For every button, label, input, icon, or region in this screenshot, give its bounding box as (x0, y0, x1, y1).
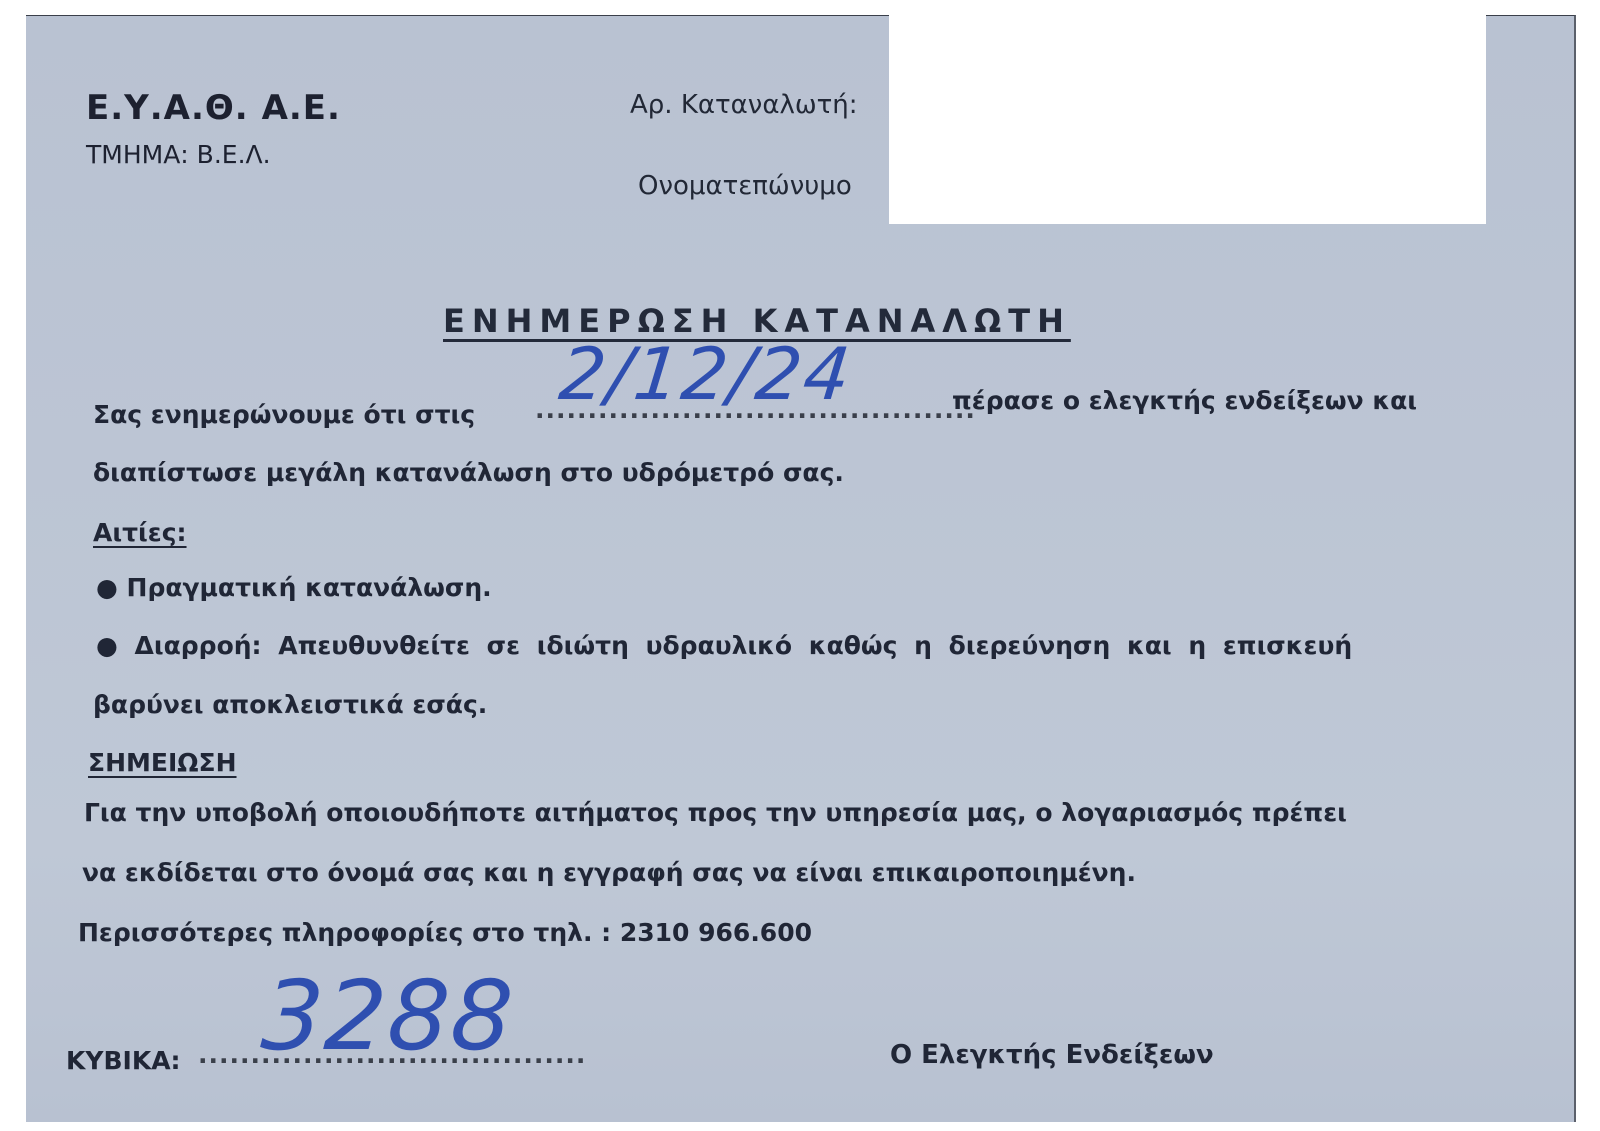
handwritten-date: 2/12/24 (556, 332, 856, 416)
consumer-number-label: Αρ. Καταναλωτή: (630, 90, 858, 120)
cause-item-continuation: βαρύνει αποκλειστικά εσάς. (93, 690, 487, 719)
phone-info: Περισσότερες πληροφορίες στο τηλ. : 2310… (78, 918, 812, 947)
cause-item: ● Διαρροή: Απευθυνθείτε σε ιδιώτη υδραυλ… (96, 631, 1352, 660)
handwritten-cubic-meters: 3288 (258, 960, 518, 1072)
organization-name: Ε.Υ.Α.Θ. Α.Ε. (86, 88, 341, 128)
cause-item: ● Πραγματική κατανάλωση. (96, 573, 492, 602)
department-label: ΤΜΗΜΑ: Β.Ε.Λ. (86, 140, 271, 169)
note-line: Για την υποβολή οποιουδήποτε αιτήματος π… (84, 798, 1347, 827)
causes-heading: Αιτίες: (93, 518, 187, 547)
cubic-meters-label: ΚΥΒΙΚΑ: (66, 1046, 181, 1075)
note-heading: ΣΗΜΕΙΩΣΗ (88, 748, 237, 777)
intro-text: Σας ενημερώνουμε ότι στις (93, 400, 475, 429)
full-name-label: Ονοματεπώνυμο (638, 171, 852, 201)
intro-text-continued: πέρασε ο ελεγκτής ενδείξεων και (952, 386, 1417, 415)
inspector-signature-label: Ο Ελεγκτής Ενδείξεων (890, 1040, 1214, 1070)
intro-text-line2: διαπίστωσε μεγάλη κατανάλωση στο υδρόμετ… (93, 458, 844, 487)
note-line: να εκδίδεται στο όνομά σας και η εγγραφή… (82, 858, 1136, 887)
redacted-region (889, 15, 1486, 224)
